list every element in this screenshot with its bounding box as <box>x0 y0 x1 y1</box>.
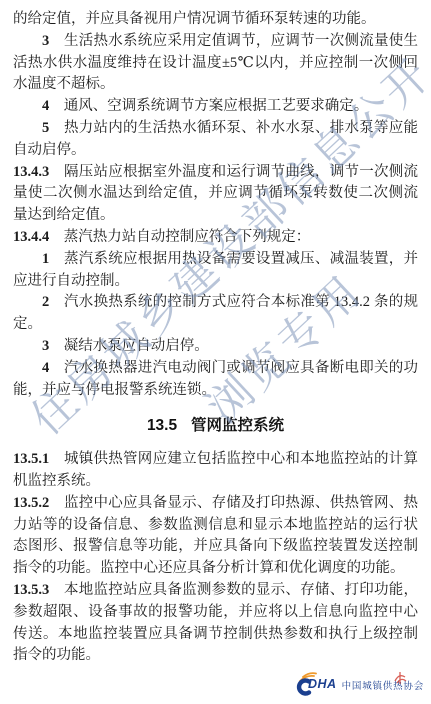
item-paragraph: 5热力站内的生活热水循环泵、补水水泵、排水泵等应能自动启停。 <box>13 118 418 162</box>
logo-name: 中国城镇供热协会 <box>342 678 424 692</box>
clause-paragraph: 13.5.1城镇供热管网应建立包括监控中心和本地监控站的计算机监控系统。 <box>13 449 418 493</box>
item-number: 5 <box>42 120 49 136</box>
item-paragraph: 4汽水换热器进汽电动阀门或调节阀应具备断电即关的功能，并应与停电报警系统连锁。 <box>13 358 418 402</box>
logo-abbr: DHA <box>308 677 337 691</box>
clause-paragraph: 13.5.3本地监控站应具备监测参数的显示、存储、打印功能，参数超限、设备事故的… <box>13 580 418 667</box>
paragraph-text: 城镇供热管网应建立包括监控中心和本地监控站的计算机监控系统。 <box>13 451 418 489</box>
item-number: 3 <box>42 338 49 354</box>
document-body: 的给定值，并应具备视用户情况调节循环泵转速的功能。 3生活热水系统应采用定值调节… <box>0 0 431 667</box>
item-number: 4 <box>42 360 49 376</box>
paragraph-text: 隔压站应根据室外温度和运行调节曲线，调节一次侧流量使二次侧水温达到给定值，并应调… <box>13 164 418 224</box>
item-paragraph: 3生活热水系统应采用定值调节，应调节一次侧流量使生活热水供水温度维持在设计温度±… <box>13 31 418 96</box>
clause-number: 13.4.4 <box>13 229 49 245</box>
clause-number: 13.5.2 <box>13 495 49 511</box>
section-heading-number: 13.5 <box>147 417 177 434</box>
section-heading: 13.5管网监控系统 <box>13 415 418 437</box>
item-paragraph: 4通风、空调系统调节方案应根据工艺要求确定。 <box>13 96 418 118</box>
item-number: 4 <box>42 98 49 114</box>
red-stamp-mark <box>393 670 408 686</box>
item-paragraph: 2汽水换热系统的控制方式应符合本标准第 13.4.2 条的规定。 <box>13 292 418 336</box>
paragraph-text: 本地监控站应具备监测参数的显示、存储、打印功能，参数超限、设备事故的报警功能，并… <box>13 582 418 663</box>
paragraph-text: 监控中心应具备显示、存储及打印热源、供热管网、热力站等的设备信息、参数监测信息和… <box>13 495 418 576</box>
paragraph-text: 蒸汽热力站自动控制应符合下列规定： <box>64 229 311 245</box>
item-paragraph: 3凝结水泵应自动启停。 <box>13 336 418 358</box>
paragraph-text: 热力站内的生活热水循环泵、补水水泵、排水泵等应能自动启停。 <box>13 120 418 158</box>
paragraph-text: 凝结水泵应自动启停。 <box>64 338 209 354</box>
section-heading-title: 管网监控系统 <box>191 417 284 434</box>
document-page: 的给定值，并应具备视用户情况调节循环泵转速的功能。 3生活热水系统应采用定值调节… <box>0 0 431 704</box>
paragraph-text: 汽水换热器进汽电动阀门或调节阀应具备断电即关的功能，并应与停电报警系统连锁。 <box>13 360 418 398</box>
clause-number: 13.4.3 <box>13 164 49 180</box>
paragraph-text: 汽水换热系统的控制方式应符合本标准第 13.4.2 条的规定。 <box>13 294 418 332</box>
paragraph-text: 生活热水系统应采用定值调节，应调节一次侧流量使生活热水供水温度维持在设计温度±5… <box>13 33 418 93</box>
continuation-paragraph: 的给定值，并应具备视用户情况调节循环泵转速的功能。 <box>13 9 418 31</box>
item-number: 1 <box>42 251 49 267</box>
clause-paragraph: 13.4.3隔压站应根据室外温度和运行调节曲线，调节一次侧流量使二次侧水温达到给… <box>13 162 418 227</box>
item-number: 3 <box>42 33 49 49</box>
clause-number: 13.5.1 <box>13 451 49 467</box>
paragraph-text: 蒸汽系统应根据用热设备需要设置减压、减温装置，并应进行自动控制。 <box>13 251 418 289</box>
item-number: 2 <box>42 294 49 310</box>
paragraph-text: 的给定值，并应具备视用户情况调节循环泵转速的功能。 <box>13 11 376 27</box>
clause-number: 13.5.3 <box>13 582 49 598</box>
paragraph-text: 通风、空调系统调节方案应根据工艺要求确定。 <box>64 98 369 114</box>
clause-paragraph: 13.5.2监控中心应具备显示、存储及打印热源、供热管网、热力站等的设备信息、参… <box>13 493 418 580</box>
clause-paragraph: 13.4.4蒸汽热力站自动控制应符合下列规定： <box>13 227 418 249</box>
item-paragraph: 1蒸汽系统应根据用热设备需要设置减压、减温装置，并应进行自动控制。 <box>13 249 418 293</box>
association-logo: DHA 中国城镇供热协会 <box>294 672 424 696</box>
